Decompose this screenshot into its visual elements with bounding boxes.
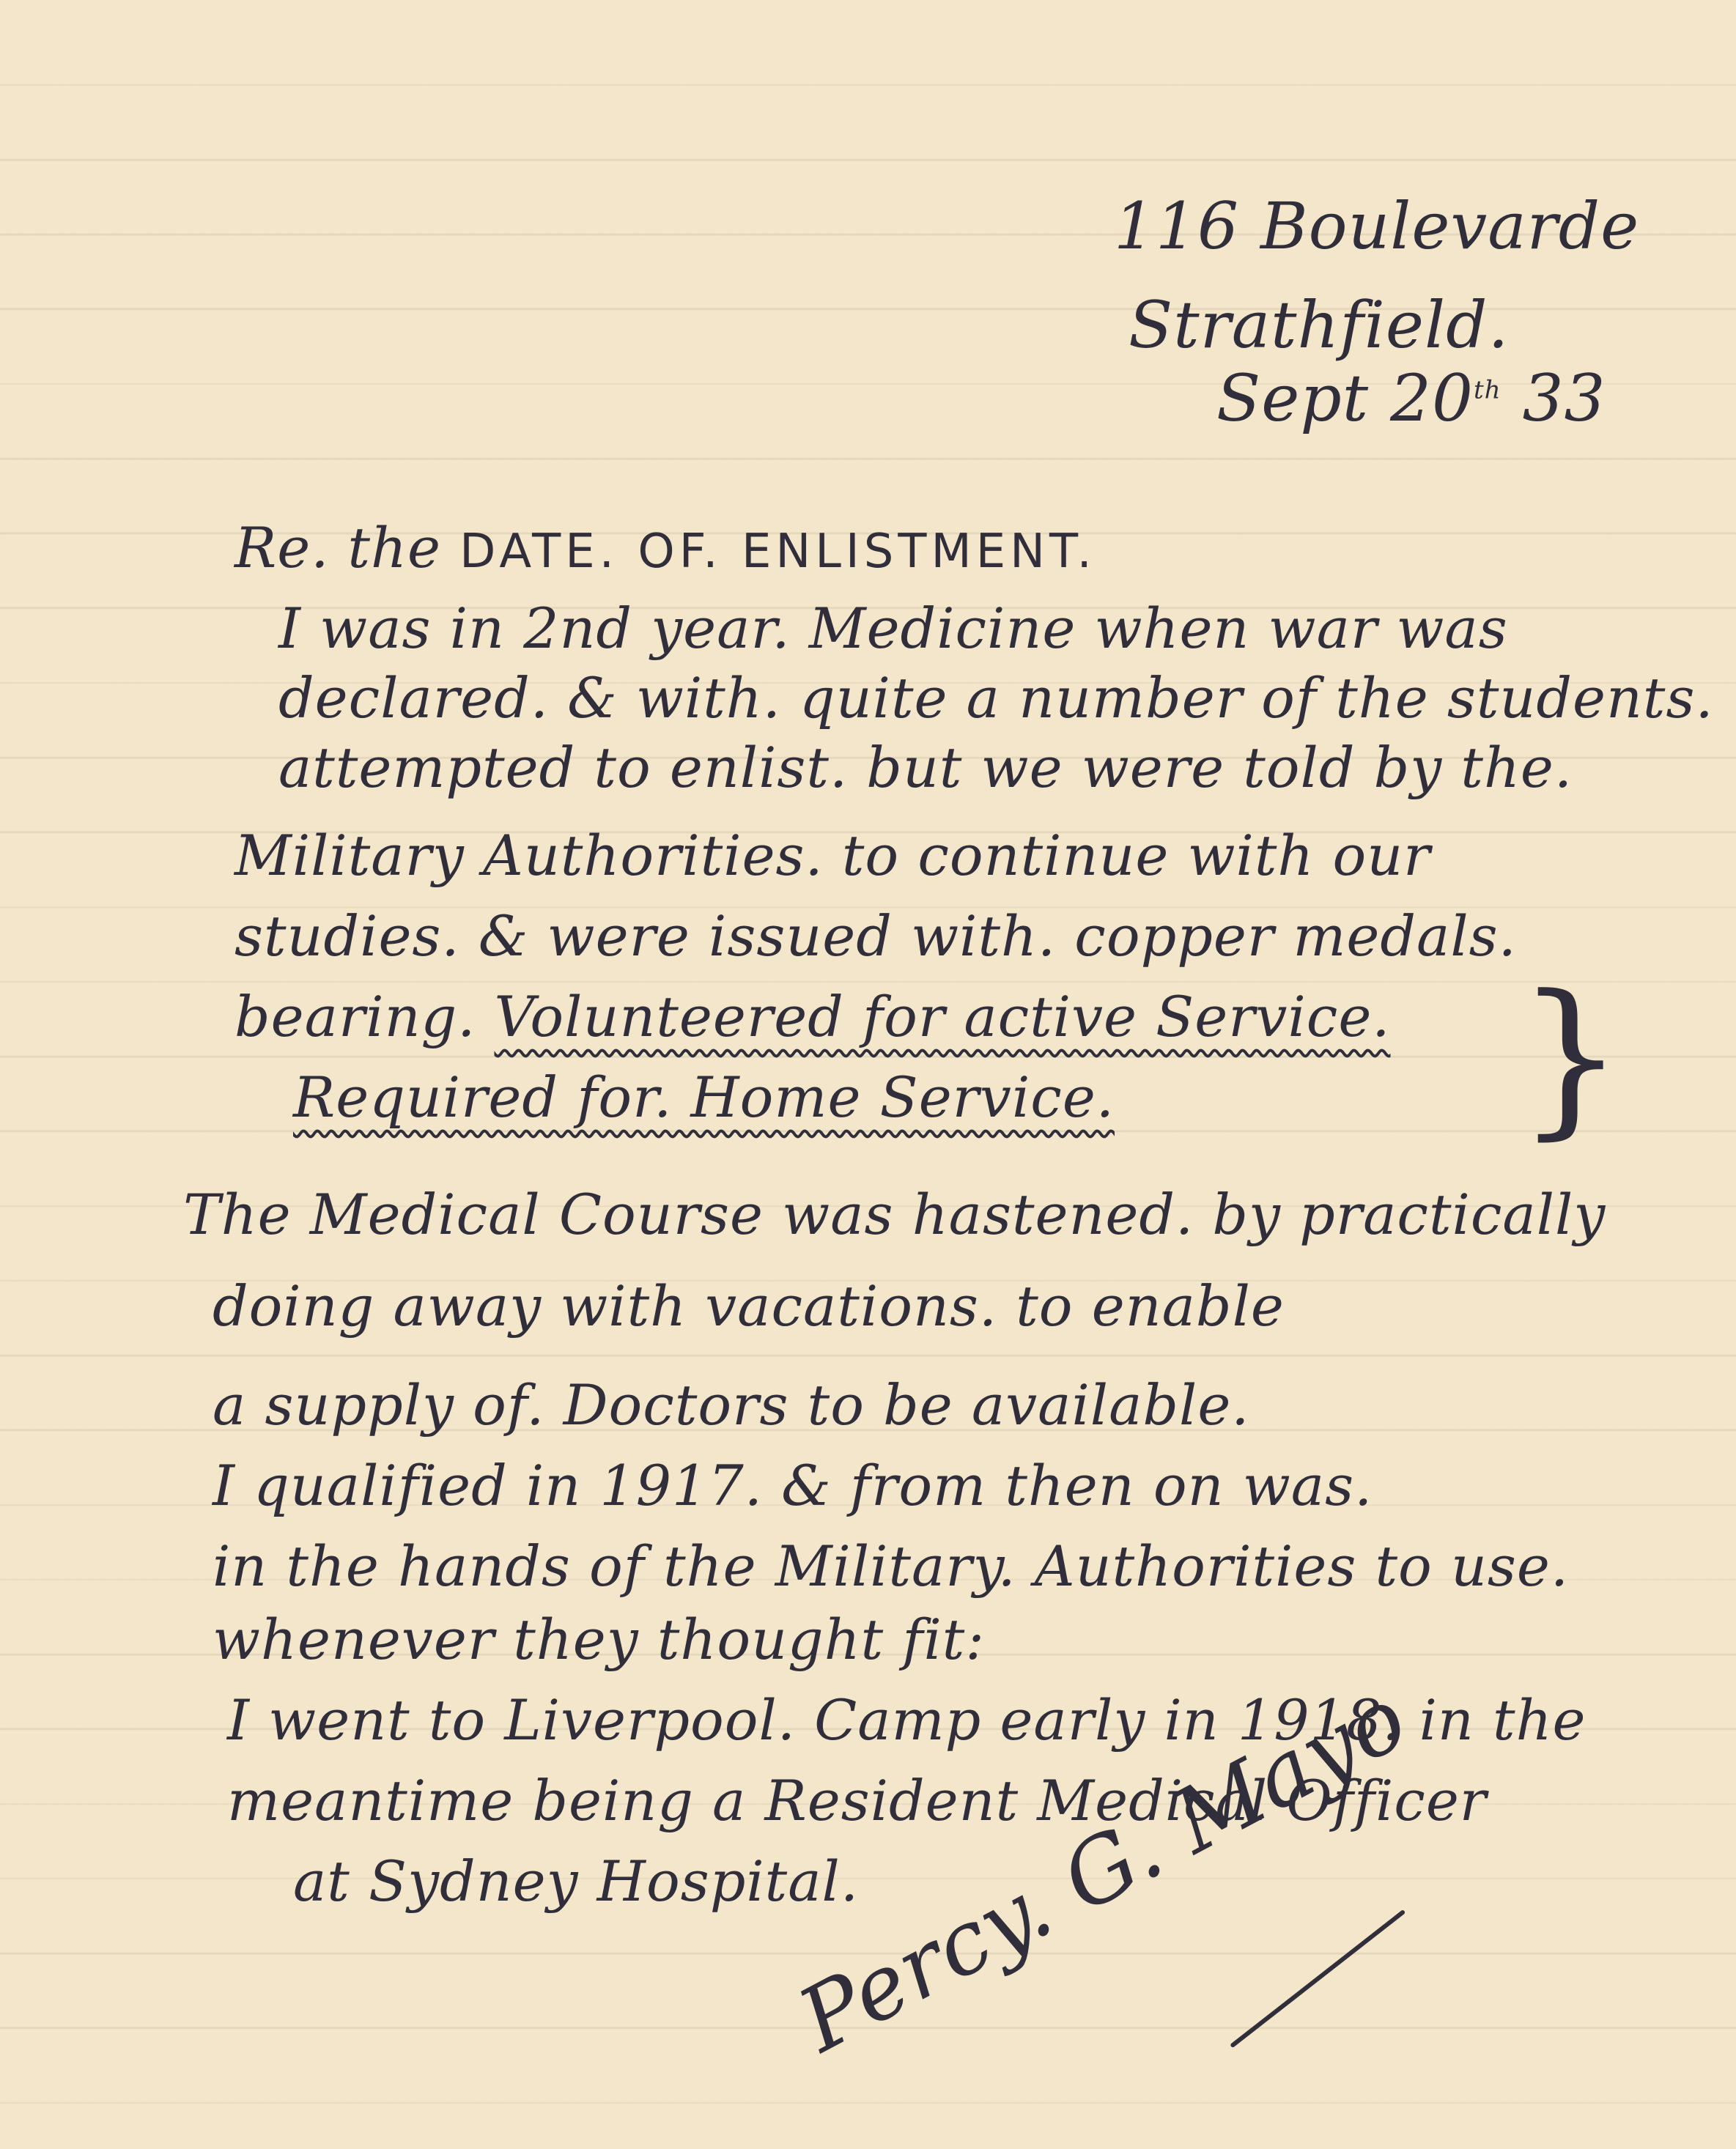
body-line: attempted to enlist. but we were told by…	[278, 740, 1573, 796]
body-line: bearing.	[234, 984, 476, 1049]
address-line-1: 116 Boulevarde	[1114, 194, 1639, 259]
medal-text-home: Required for. Home Service.	[293, 1065, 1115, 1130]
subject-line: Re. the DATE. OF. ENLISTMENT.	[234, 520, 1096, 576]
body-line: I was in 2nd year. Medicine when war was	[278, 601, 1508, 656]
body-line: The Medical Course was hastened. by prac…	[183, 1187, 1606, 1243]
body-line: studies. & were issued with. copper meda…	[234, 909, 1517, 964]
subject-title: DATE. OF. ENLISTMENT.	[459, 525, 1096, 579]
address-date: Sept 20th 33	[1216, 366, 1606, 431]
body-line: at Sydney Hospital.	[293, 1854, 859, 1909]
subject-prefix: Re. the	[234, 515, 441, 580]
medal-line-2: Required for. Home Service.	[293, 1070, 1115, 1125]
body-line: in the hands of the Military. Authoritie…	[213, 1539, 1569, 1594]
brace-mark: }	[1517, 960, 1625, 1155]
date-main: Sept 20	[1216, 360, 1474, 436]
body-line: declared. & with. quite a number of the …	[278, 670, 1714, 726]
body-line: whenever they thought fit:	[213, 1612, 985, 1668]
body-line: Military Authorities. to continue with o…	[234, 828, 1431, 884]
body-line: I qualified in 1917. & from then on was.	[213, 1458, 1373, 1514]
body-line: doing away with vacations. to enable	[213, 1279, 1285, 1334]
medal-line-1: bearing. Volunteered for active Service.	[234, 989, 1390, 1045]
date-year: 33	[1523, 360, 1606, 436]
body-line: a supply of. Doctors to be available.	[213, 1377, 1249, 1433]
date-suffix: th	[1474, 376, 1502, 405]
address-line-2: Strathfield.	[1129, 293, 1509, 358]
medal-text-active: Volunteered for active Service.	[495, 984, 1391, 1049]
